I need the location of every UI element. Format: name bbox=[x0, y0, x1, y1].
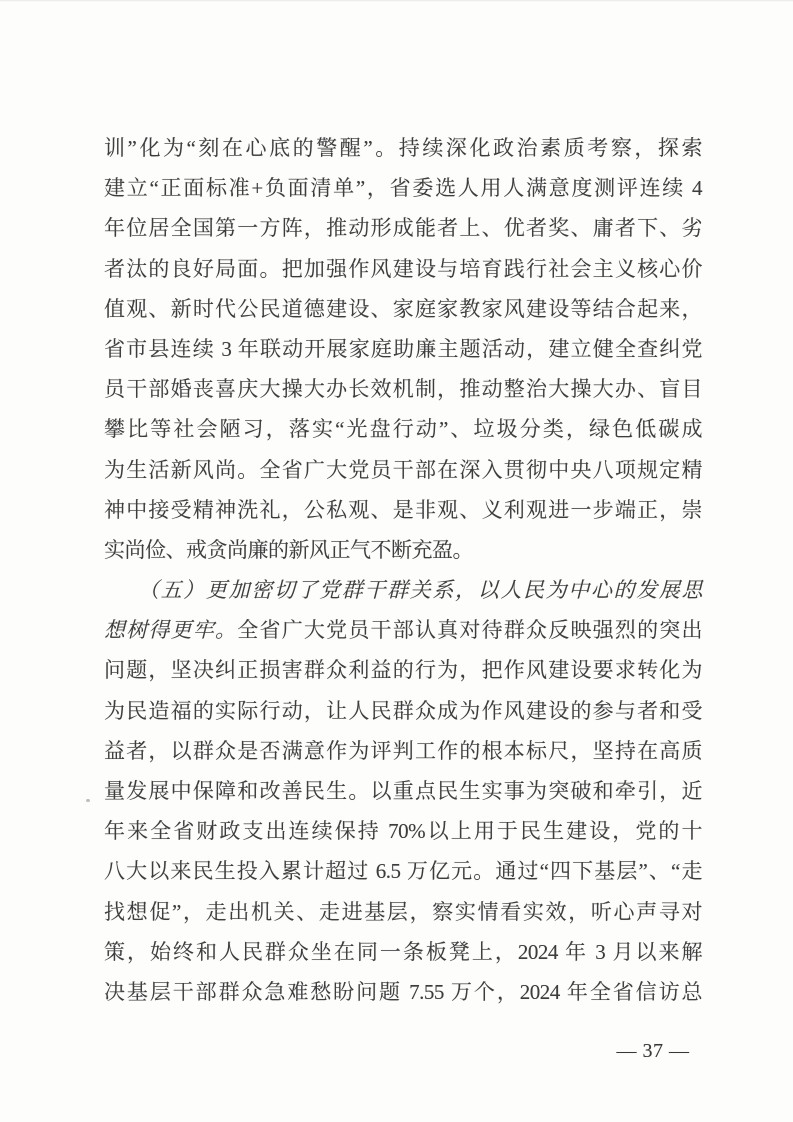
text-segment: 省市县连续 3 年联动开展家庭助廉主题活动，建立健全查纠党 bbox=[104, 337, 702, 361]
scan-speck-artifact bbox=[86, 799, 90, 802]
text-segment: 员干部婚丧喜庆大操大办长效机制，推动整治大操大办、盲目 bbox=[104, 377, 702, 401]
text-line: 攀比等社会陋习，落实“光盘行动”、垃圾分类，绿色低碳成 bbox=[104, 409, 702, 449]
text-line: 年位居全国第一方阵，推动形成能者上、优者奖、庸者下、劣 bbox=[104, 208, 702, 248]
text-line: 量发展中保障和改善民生。以重点民生实事为突破和牵引，近 bbox=[104, 771, 702, 811]
scan-edge-artifact bbox=[0, 0, 793, 2]
text-segment: 问题，坚决纠正损害群众利益的行为，把作风建设要求转化为 bbox=[104, 658, 702, 682]
text-line: 建立“正面标准+负面清单”，省委选人用人满意度测评连续 4 bbox=[104, 168, 702, 208]
text-segment: 益者，以群众是否满意作为评判工作的根本标尺，坚持在高质 bbox=[104, 739, 702, 763]
text-line: 找想促”，走出机关、走进基层，察实情看实效，听心声寻对 bbox=[104, 892, 702, 932]
text-line: 者汰的良好局面。把加强作风建设与培育践行社会主义核心价 bbox=[104, 249, 702, 289]
text-line: 益者，以群众是否满意作为评判工作的根本标尺，坚持在高质 bbox=[104, 731, 702, 771]
text-line: 省市县连续 3 年联动开展家庭助廉主题活动，建立健全查纠党 bbox=[104, 329, 702, 369]
text-line: （五）更加密切了党群干群关系，以人民为中心的发展思 bbox=[104, 570, 702, 610]
text-segment: 决基层干部群众急难愁盼问题 7.55 万个，2024 年全省信访总 bbox=[104, 980, 702, 1004]
text-segment: 量发展中保障和改善民生。以重点民生实事为突破和牵引，近 bbox=[104, 779, 702, 803]
text-line: 为民造福的实际行动，让人民群众成为作风建设的参与者和受 bbox=[104, 691, 702, 731]
text-line: 实尚俭、戒贪尚廉的新风正气不断充盈。 bbox=[104, 530, 702, 570]
text-segment: 年位居全国第一方阵，推动形成能者上、优者奖、庸者下、劣 bbox=[104, 216, 702, 240]
text-segment: 为民造福的实际行动，让人民群众成为作风建设的参与者和受 bbox=[104, 699, 702, 723]
text-line: 为生活新风尚。全省广大党员干部在深入贯彻中央八项规定精 bbox=[104, 450, 702, 490]
text-line: 决基层干部群众急难愁盼问题 7.55 万个，2024 年全省信访总 bbox=[104, 972, 702, 1012]
text-segment: 值观、新时代公民道德建设、家庭家教家风建设等结合起来， bbox=[104, 297, 702, 321]
text-segment: 神中接受精神洗礼，公私观、是非观、义利观进一步端正，崇 bbox=[104, 498, 702, 522]
text-segment: 实尚俭、戒贪尚廉的新风正气不断充盈。 bbox=[104, 538, 473, 562]
text-segment: 为生活新风尚。全省广大党员干部在深入贯彻中央八项规定精 bbox=[104, 458, 702, 482]
text-segment: 训”化为“刻在心底的警醒”。持续深化政治素质考察，探索 bbox=[104, 136, 702, 160]
text-segment: 全省广大党员干部认真对待群众反映强烈的突出 bbox=[237, 618, 702, 642]
text-segment: 策，始终和人民群众坐在同一条板凳上，2024 年 3 月以来解 bbox=[104, 940, 702, 964]
text-line: 策，始终和人民群众坐在同一条板凳上，2024 年 3 月以来解 bbox=[104, 932, 702, 972]
text-line: 想树得更牢。全省广大党员干部认真对待群众反映强烈的突出 bbox=[104, 610, 702, 650]
text-segment: 八大以来民生投入累计超过 6.5 万亿元。通过“四下基层”、“走 bbox=[104, 859, 702, 883]
text-line: 八大以来民生投入累计超过 6.5 万亿元。通过“四下基层”、“走 bbox=[104, 851, 702, 891]
text-line: 神中接受精神洗礼，公私观、是非观、义利观进一步端正，崇 bbox=[104, 490, 702, 530]
page-number: — 37 — bbox=[605, 1040, 701, 1063]
text-segment: 找想促”，走出机关、走进基层，察实情看实效，听心声寻对 bbox=[104, 900, 702, 924]
text-line: 年来全省财政支出连续保持 70%以上用于民生建设，党的十 bbox=[104, 811, 702, 851]
text-line: 问题，坚决纠正损害群众利益的行为，把作风建设要求转化为 bbox=[104, 650, 702, 690]
text-line: 值观、新时代公民道德建设、家庭家教家风建设等结合起来， bbox=[104, 289, 702, 329]
text-line: 员干部婚丧喜庆大操大办长效机制，推动整治大操大办、盲目 bbox=[104, 369, 702, 409]
text-segment: 年来全省财政支出连续保持 70%以上用于民生建设，党的十 bbox=[104, 819, 702, 843]
text-line: 训”化为“刻在心底的警醒”。持续深化政治素质考察，探索 bbox=[104, 128, 702, 168]
text-segment-kai: （五）更加密切了党群干群关系，以人民为中心的发展思 bbox=[138, 578, 702, 602]
text-segment: 建立“正面标准+负面清单”，省委选人用人满意度测评连续 4 bbox=[104, 176, 702, 200]
body-text-block: 训”化为“刻在心底的警醒”。持续深化政治素质考察，探索建立“正面标准+负面清单”… bbox=[104, 128, 702, 1012]
text-segment: 攀比等社会陋习，落实“光盘行动”、垃圾分类，绿色低碳成 bbox=[104, 417, 702, 441]
text-segment-kai: 想树得更牢。 bbox=[104, 618, 237, 642]
document-page: 训”化为“刻在心底的警醒”。持续深化政治素质考察，探索建立“正面标准+负面清单”… bbox=[0, 0, 793, 1122]
text-segment: 者汰的良好局面。把加强作风建设与培育践行社会主义核心价 bbox=[104, 257, 702, 281]
